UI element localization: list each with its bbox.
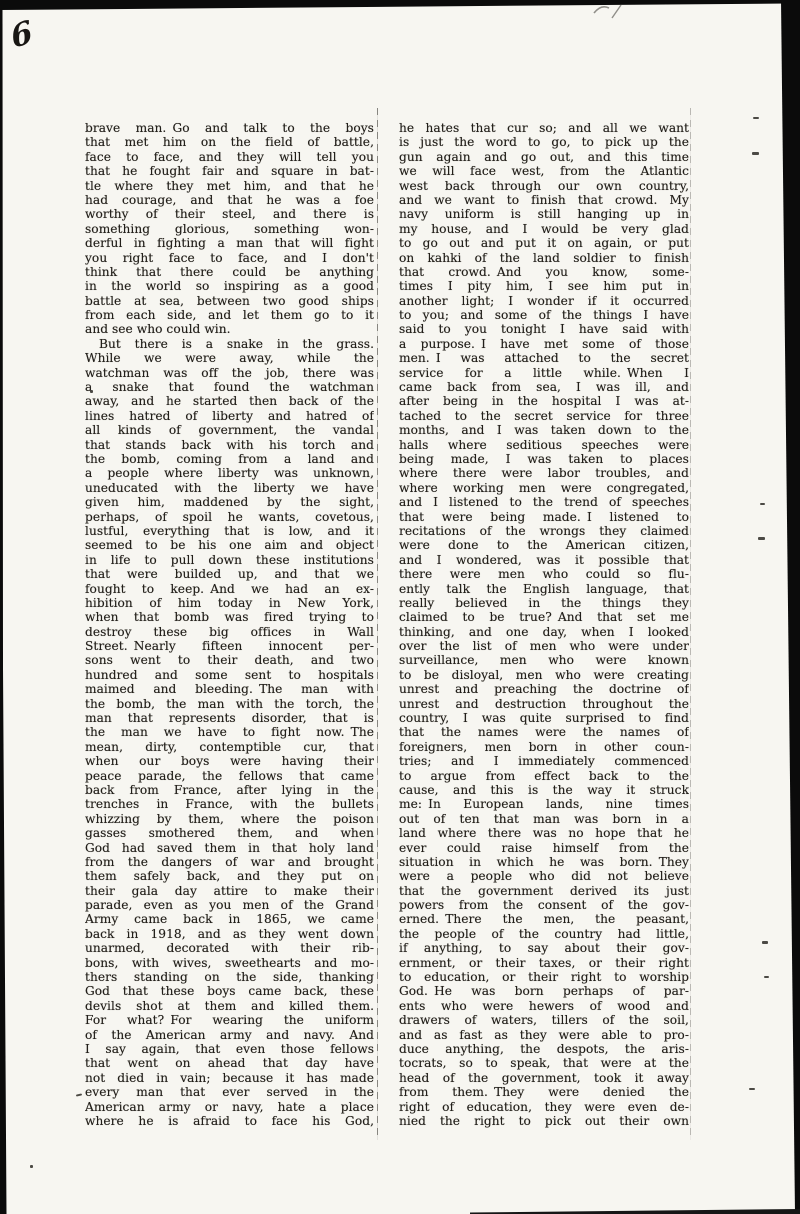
text-line: I say again, that even those fellows	[85, 1042, 374, 1056]
text-line: and I wondered, was it possible that	[399, 553, 689, 567]
text-line: unrest and destruction throughout the	[399, 697, 689, 711]
text-line: maimed and bleeding. The man with	[85, 682, 374, 696]
text-line: a snake that found the watchman	[85, 380, 374, 394]
text-line: hundred and some sent to hospitals	[85, 668, 374, 682]
text-line: were a people who did not believe	[399, 869, 689, 883]
text-line: given him, maddened by the sight,	[85, 495, 374, 509]
text-line: that crowd. And you know, some-	[399, 265, 689, 279]
text-line: God. He was born perhaps of par-	[399, 984, 689, 998]
text-line: unrest and preaching the doctrine of	[399, 682, 689, 696]
text-line: right of education, they were even de-	[399, 1100, 689, 1114]
text-line: lustful, everything that is low, and it	[85, 524, 374, 538]
text-line: that met him on the field of battle,	[85, 135, 374, 149]
column-divider-rule	[377, 108, 378, 1140]
text-line: the people of the country had little,	[399, 927, 689, 941]
text-line: west back through our own country,	[399, 179, 689, 193]
text-line: gun again and go out, and this time	[399, 150, 689, 164]
text-line: not died in vain; because it has made	[85, 1071, 374, 1085]
text-line: where he is afraid to face his God,	[85, 1114, 374, 1128]
text-line: bons, with wives, sweethearts and mo-	[85, 956, 374, 970]
text-line: and as fast as they were able to pro-	[399, 1028, 689, 1042]
text-line: that the names were the names of	[399, 725, 689, 739]
text-line: months, and I was taken down to the	[399, 423, 689, 437]
text-line: that were being made. I listened to	[399, 510, 689, 524]
text-line: erned. There the men, the peasant,	[399, 912, 689, 926]
text-line: had courage, and that he was a foe	[85, 193, 374, 207]
text-line: their gala day attire to make their	[85, 884, 374, 898]
handwritten-scribble-mark	[590, 1, 632, 23]
text-line: the bomb, the man with the torch, the	[85, 697, 374, 711]
text-line: came back from sea, I was ill, and	[399, 380, 689, 394]
text-line: cause, and this is the way it struck	[399, 783, 689, 797]
text-line: ently talk the English language, that	[399, 582, 689, 596]
text-line: when our boys were having their	[85, 754, 374, 768]
text-line: God had saved them in that holy land	[85, 841, 374, 855]
text-line: foreigners, men born in other coun-	[399, 740, 689, 754]
text-line: trenches in France, with the bullets	[85, 797, 374, 811]
scan-speck	[762, 941, 768, 944]
text-line: every man that ever served in the	[85, 1085, 374, 1099]
text-line: he hates that cur so; and all we want	[399, 121, 689, 135]
text-line: whizzing by them, where the poison	[85, 812, 374, 826]
text-line: that were builded up, and that we	[85, 567, 374, 581]
text-line: devils shot at them and killed them.	[85, 999, 374, 1013]
text-line: tocrats, so to speak, that were at the	[399, 1056, 689, 1070]
text-line: surveillance, men who were known	[399, 653, 689, 667]
scan-edge-right	[780, 0, 800, 1214]
text-line: really believed in the things they	[399, 596, 689, 610]
text-line: tle where they met him, and that he	[85, 179, 374, 193]
text-line: all kinds of government, the vandal	[85, 423, 374, 437]
text-line: of the American army and navy. And	[85, 1028, 374, 1042]
text-line: think that there could be anything	[85, 265, 374, 279]
text-line: over the list of men who were under	[399, 639, 689, 653]
text-line: men. I was attached to the secret	[399, 351, 689, 365]
text-line: mean, dirty, contemptible cur, that	[85, 740, 374, 754]
text-line: to argue from effect back to the	[399, 769, 689, 783]
text-line: face to face, and they will tell you	[85, 150, 374, 164]
text-line: that stands back with his torch and	[85, 438, 374, 452]
text-line: if anything, to say about their gov-	[399, 941, 689, 955]
text-line: said to you tonight I have said with	[399, 322, 689, 336]
text-line: American army or navy, hate a place	[85, 1100, 374, 1114]
text-line: head of the government, took it away	[399, 1071, 689, 1085]
text-line: to be disloyal, men who were creating	[399, 668, 689, 682]
text-line: being made, I was taken to places	[399, 452, 689, 466]
text-line: fought to keep. And we had an ex-	[85, 582, 374, 596]
text-line: claimed to be true? And that set me	[399, 610, 689, 624]
scan-edge-left	[0, 0, 8, 1214]
text-line: that he fought fair and square in bat-	[85, 164, 374, 178]
text-line: battle at sea, between two good ships	[85, 294, 374, 308]
article-column-left: brave man. Go and talk to the boysthat m…	[85, 121, 374, 1128]
scan-speck	[764, 976, 769, 978]
text-line: gasses smothered them, and when	[85, 826, 374, 840]
text-line: While we were away, while the	[85, 351, 374, 365]
text-line: the bomb, coming from a land and	[85, 452, 374, 466]
scan-speck	[90, 390, 93, 393]
text-line: tries; and I immediately commenced	[399, 754, 689, 768]
text-line: man that represents disorder, that is	[85, 711, 374, 725]
text-line: uneducated with the liberty we have	[85, 481, 374, 495]
text-line: that the government derived its just	[399, 884, 689, 898]
text-line: derful in fighting a man that will fight	[85, 236, 374, 250]
text-line: nied the right to pick out their own	[399, 1114, 689, 1128]
text-line: ents who were hewers of wood and	[399, 999, 689, 1013]
text-line: were done to the American citizen,	[399, 538, 689, 552]
text-line: after being in the hospital I was at-	[399, 394, 689, 408]
handwritten-page-number: 6	[8, 14, 36, 56]
text-line: a people where liberty was unknown,	[85, 466, 374, 480]
text-line: in life to pull down these institutions	[85, 553, 374, 567]
text-line: situation in which he was born. They	[399, 855, 689, 869]
text-line: hibition of him today in New York,	[85, 596, 374, 610]
text-line: destroy these big offices in Wall	[85, 625, 374, 639]
text-line: from the dangers of war and brought	[85, 855, 374, 869]
text-line: worthy of their steel, and there is	[85, 207, 374, 221]
text-line: to go out and put it on again, or put	[399, 236, 689, 250]
text-line: lines hatred of liberty and hatred of	[85, 409, 374, 423]
scan-speck	[749, 1088, 755, 1090]
text-line: brave man. Go and talk to the boys	[85, 121, 374, 135]
scan-edge-bottom	[470, 1209, 800, 1214]
text-line: watchman was off the job, there was	[85, 366, 374, 380]
text-line: times I pity him, I see him put in	[399, 279, 689, 293]
scan-speck	[76, 1093, 82, 1096]
text-line: there were men who could so flu-	[399, 567, 689, 581]
text-line: tached to the secret service for three	[399, 409, 689, 423]
text-line: sons went to their death, and two	[85, 653, 374, 667]
text-line: navy uniform is still hanging up in	[399, 207, 689, 221]
scan-speck	[753, 117, 759, 119]
text-line: Street. Nearly fifteen innocent per-	[85, 639, 374, 653]
text-line: the man we have to fight now. The	[85, 725, 374, 739]
text-line: we will face west, from the Atlantic	[399, 164, 689, 178]
text-line: is just the word to go, to pick up the	[399, 135, 689, 149]
text-line: unarmed, decorated with their rib-	[85, 941, 374, 955]
scan-speck	[752, 152, 759, 155]
text-line: from them. They were denied the	[399, 1085, 689, 1099]
text-line: drawers of waters, tillers of the soil,	[399, 1013, 689, 1027]
text-line: on kahki of the land soldier to finish	[399, 251, 689, 265]
text-line: to education, or their right to worship	[399, 970, 689, 984]
right-margin-rule	[690, 108, 691, 1140]
text-line: back in 1918, and as they went down	[85, 927, 374, 941]
scan-speck	[758, 537, 765, 540]
article-column-right: he hates that cur so; and all we wantis …	[399, 121, 689, 1128]
text-line: where working men were congregated,	[399, 481, 689, 495]
text-line: halls where seditious speeches were	[399, 438, 689, 452]
text-line: But there is a snake in the grass.	[85, 337, 374, 351]
text-line: seemed to be his one aim and object	[85, 538, 374, 552]
text-line: thers standing on the side, thanking	[85, 970, 374, 984]
text-line: away, and he started then back of the	[85, 394, 374, 408]
text-line: Army came back in 1865, we came	[85, 912, 374, 926]
text-line: and see who could win.	[85, 322, 374, 336]
text-line: perhaps, of spoil he wants, covetous,	[85, 510, 374, 524]
text-line: you right face to face, and I don't	[85, 251, 374, 265]
text-line: country, I was quite surprised to find	[399, 711, 689, 725]
text-line: and we want to finish that crowd. My	[399, 193, 689, 207]
text-line: me: In European lands, nine times	[399, 797, 689, 811]
text-line: something glorious, something won-	[85, 222, 374, 236]
text-line: For what? For wearing the uniform	[85, 1013, 374, 1027]
text-line: a purpose. I have met some of those	[399, 337, 689, 351]
text-line: God that these boys came back, these	[85, 984, 374, 998]
text-line: powers from the consent of the gov-	[399, 898, 689, 912]
text-line: duce anything, the despots, the aris-	[399, 1042, 689, 1056]
text-line: ernment, or their taxes, or their right	[399, 956, 689, 970]
scan-edge-top	[0, 0, 800, 10]
text-line: and I listened to the trend of speeches	[399, 495, 689, 509]
text-line: them safely back, and they put on	[85, 869, 374, 883]
text-line: that went on ahead that day have	[85, 1056, 374, 1070]
text-line: to you; and some of the things I have	[399, 308, 689, 322]
text-line: where there were labor troubles, and	[399, 466, 689, 480]
text-line: out of ten that man was born in a	[399, 812, 689, 826]
text-line: thinking, and one day, when I looked	[399, 625, 689, 639]
text-line: peace parade, the fellows that came	[85, 769, 374, 783]
text-line: parade, even as you men of the Grand	[85, 898, 374, 912]
text-line: ever could raise himself from the	[399, 841, 689, 855]
text-line: in the world so inspiring as a good	[85, 279, 374, 293]
text-line: my house, and I would be very glad	[399, 222, 689, 236]
scan-speck	[760, 503, 765, 505]
text-line: another light; I wonder if it occurred	[399, 294, 689, 308]
text-line: recitations of the wrongs they claimed	[399, 524, 689, 538]
scan-speck	[30, 1165, 33, 1168]
text-line: from each side, and let them go to it	[85, 308, 374, 322]
text-line: back from France, after lying in the	[85, 783, 374, 797]
text-line: when that bomb was fired trying to	[85, 610, 374, 624]
text-line: land where there was no hope that he	[399, 826, 689, 840]
text-line: service for a little while. When I	[399, 366, 689, 380]
scanned-newspaper-page: 6 brave man. Go and talk to the boysthat…	[0, 0, 800, 1214]
